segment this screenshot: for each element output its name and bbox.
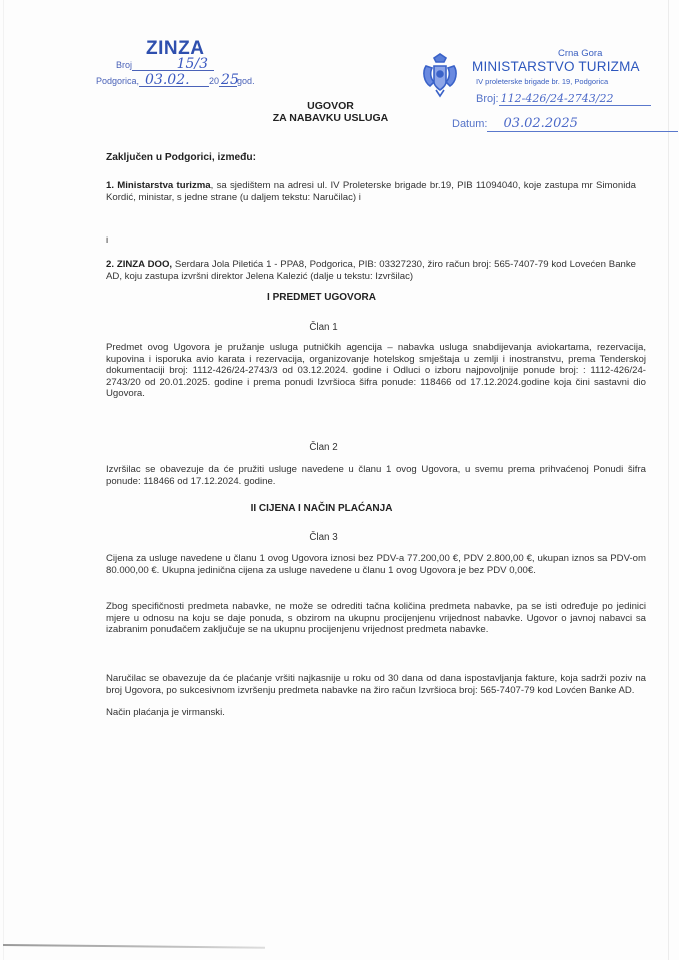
and-separator: i: [106, 235, 108, 247]
stamp-ministry-title: MINISTARSTVO TURIZMA: [472, 59, 640, 74]
page-edge-left: [3, 0, 4, 960]
stamp-ministry-address: IV proleterske brigade br. 19, Podgorica: [476, 77, 608, 86]
article-3-payment-method: Način plaćanja je virmanski.: [106, 707, 225, 719]
scan-artifact-line: [3, 944, 265, 949]
party-2-details: Serdara Jola Piletića 1 - PPA8, Podgoric…: [106, 259, 636, 282]
stamp-broj-row: Broj15/3: [116, 58, 214, 71]
article-3-paragraph-payment: Naručilac se obavezuje da će plaćanje vr…: [106, 673, 646, 696]
coat-of-arms-icon: [420, 52, 460, 100]
stamp-year-suffix: 25: [219, 74, 237, 87]
stamp-broj-value: 15/3: [132, 58, 214, 71]
article-title-3: Član 3: [0, 532, 663, 543]
document-page: ZINZA Broj15/3 Podgorica,03.02.2025god. …: [0, 0, 679, 960]
party-2-paragraph: 2. ZINZA DOO, Serdara Jola Piletića 1 - …: [106, 259, 636, 282]
stamp-date-label: Podgorica,: [96, 76, 139, 86]
article-1-paragraph: Predmet ovog Ugovora je pružanje usluga …: [106, 342, 646, 400]
party-1-name: 1. Ministarstva turizma: [106, 180, 211, 191]
ministry-stamp: Crna Gora MINISTARSTVO TURIZMA IV prolet…: [420, 48, 670, 148]
stamp-year-prefix: 20: [209, 76, 219, 86]
article-3-paragraph-quantity: Zbog specifičnosti predmeta nabavke, ne …: [106, 601, 646, 636]
article-3-paragraph-price: Cijena za usluge navedene u članu 1 ovog…: [106, 553, 646, 576]
document-title: UGOVOR: [0, 100, 670, 112]
stamp-date-row: Podgorica,03.02.2025god.: [96, 74, 255, 87]
stamp-date-value: 03.02.: [139, 74, 209, 87]
party-1-paragraph: 1. Ministarstva turizma, sa sjedištem na…: [106, 180, 636, 203]
article-2-paragraph: Izvršilac se obavezuje da će pružiti usl…: [106, 464, 646, 487]
company-stamp: ZINZA Broj15/3 Podgorica,03.02.2025god.: [96, 38, 266, 98]
section-heading-1: I PREDMET UGOVORA: [0, 292, 661, 303]
stamp-country: Crna Gora: [558, 48, 602, 59]
document-subtitle: ZA NABAVKU USLUGA: [0, 112, 670, 124]
article-title-2: Član 2: [0, 442, 663, 453]
section-heading-2: II CIJENA I NAČIN PLAĆANJA: [0, 503, 661, 514]
stamp-year-unit: god.: [237, 76, 255, 86]
stamp-broj-label: Broj: [116, 60, 132, 70]
intro-line: Zaključen u Podgorici, između:: [106, 152, 256, 164]
article-title-1: Član 1: [0, 322, 663, 333]
party-2-name: 2. ZINZA DOO,: [106, 259, 172, 270]
